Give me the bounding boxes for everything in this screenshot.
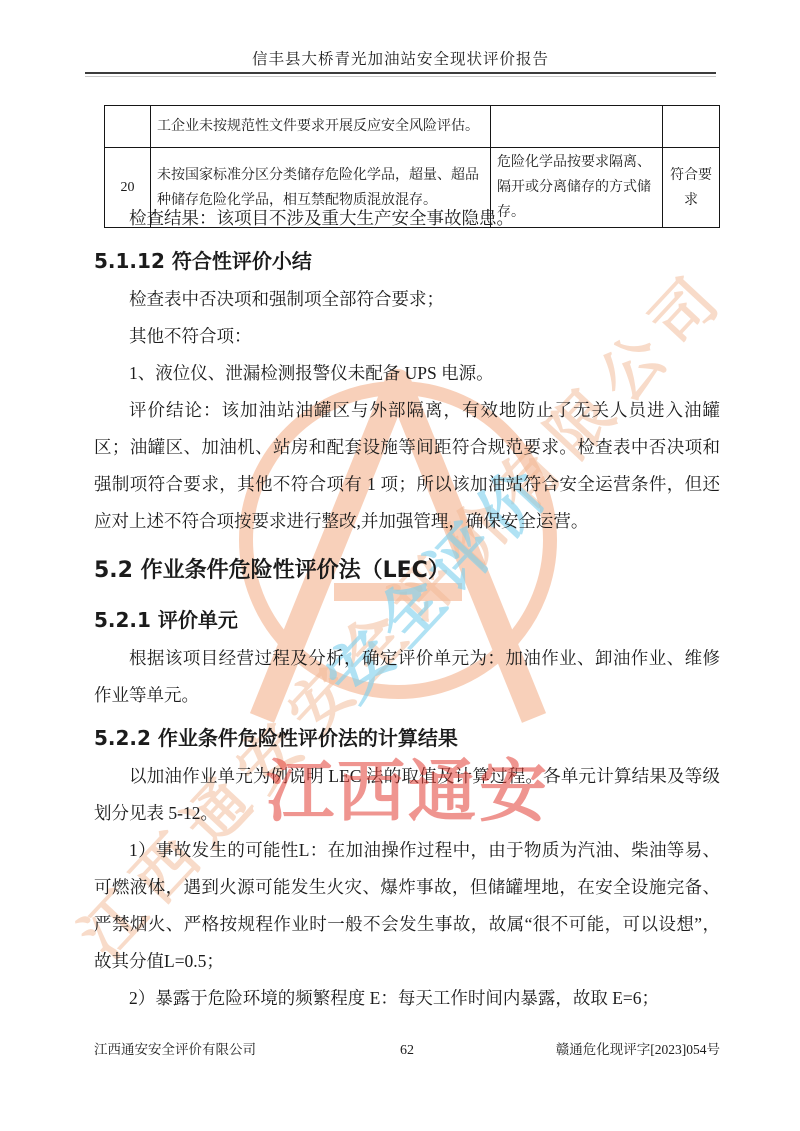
measure-cell: [491, 106, 663, 148]
paragraph-lec-intro: 以加油作业单元为例说明 LEC 法的取值及计算过程。各单元计算结果及等级划分见表…: [94, 758, 720, 832]
paragraph-item1: 1、液位仪、泄漏检测报警仪未配备 UPS 电源。: [94, 355, 720, 392]
paragraph-units: 根据该项目经营过程及分析，确定评价单元为：加油作业、卸油作业、维修作业等单元。: [94, 640, 720, 714]
item-cell: 工企业未按规范性文件要求开展反应安全风险评估。: [151, 106, 491, 148]
document-page: 江西通安安全评价有限公司 安全评价 信丰县大桥青光加油站安全现状评价报告 工企业…: [0, 0, 800, 1131]
footer-company-name: 江西通安安全评价有限公司: [94, 1040, 400, 1060]
result-cell: [663, 106, 720, 148]
section-heading-5-2-1: 5.2.1 评价单元: [94, 600, 720, 640]
table-row: 工企业未按规范性文件要求开展反应安全风险评估。: [105, 106, 720, 148]
section-heading-5-2: 5.2 作业条件危险性评价法（LEC）: [94, 546, 720, 596]
paragraph-other-items: 其他不符合项：: [94, 318, 720, 355]
page-header: 信丰县大桥青光加油站安全现状评价报告: [85, 48, 716, 74]
document-body: 检查结果：该项目不涉及重大生产安全事故隐患。 5.1.12 符合性评价小结 检查…: [94, 200, 720, 1017]
paragraph-factor-e: 2）暴露于危险环境的频繁程度 E：每天工作时间内暴露，故取 E=6；: [94, 980, 720, 1017]
check-result-text: 检查结果：该项目不涉及重大生产安全事故隐患。: [94, 200, 720, 237]
footer-page-number: 62: [400, 1041, 414, 1061]
section-heading-5-1-12: 5.1.12 符合性评价小结: [94, 241, 720, 281]
paragraph-conclusion: 评价结论：该加油站油罐区与外部隔离，有效地防止了无关人员进入油罐区；油罐区、加油…: [94, 392, 720, 540]
paragraph-factor-l: 1）事故发生的可能性L：在加油操作过程中，由于物质为汽油、柴油等易、可燃液体，遇…: [94, 832, 720, 980]
footer-doc-number: 赣通危化现评字[2023]054号: [414, 1040, 720, 1060]
page-footer: 江西通安安全评价有限公司 62 赣通危化现评字[2023]054号: [94, 1040, 720, 1061]
paragraph-compliance: 检查表中否决项和强制项全部符合要求；: [94, 281, 720, 318]
section-heading-5-2-2: 5.2.2 作业条件危险性评价法的计算结果: [94, 718, 720, 758]
report-title: 信丰县大桥青光加油站安全现状评价报告: [252, 51, 549, 68]
row-number-cell: [105, 106, 151, 148]
